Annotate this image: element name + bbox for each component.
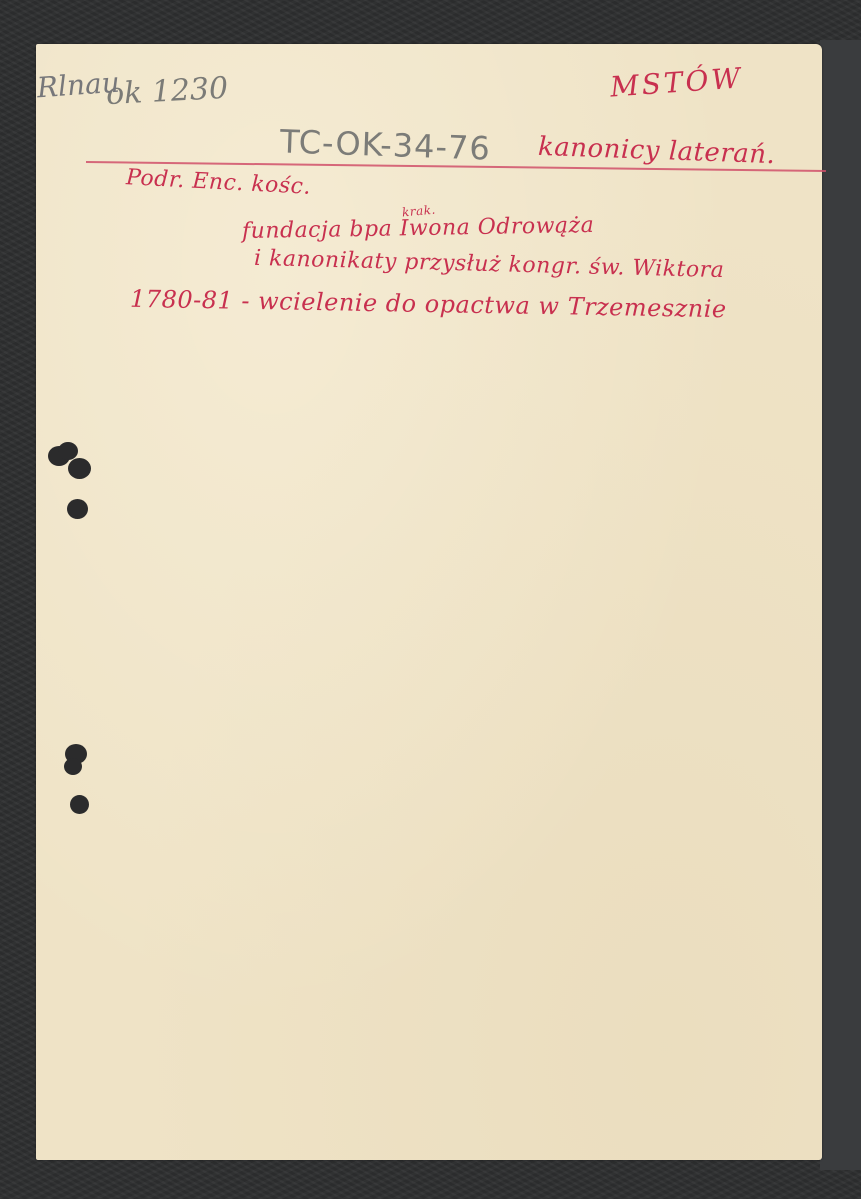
place-name: MSTÓW: [609, 61, 744, 103]
catalog-code: TC-OK-34-76: [279, 122, 491, 167]
punch-hole-icon: [64, 758, 82, 775]
note-line-canons: i kanonikaty przysłuż kongr. św. Wiktora: [254, 246, 725, 283]
punch-hole-icon: [70, 795, 89, 814]
punch-hole-icon: [68, 458, 91, 479]
category-label: kanonicy laterań.: [538, 132, 776, 170]
catalog-card: ok 1230 MSTÓW TC-OK-34-76 kanonicy later…: [36, 44, 822, 1160]
note-line-foundation: fundacja bpa Iwona Odrowąża: [242, 213, 595, 244]
punch-hole-icon: [67, 499, 88, 519]
note-line-incorporation: 1780-81 - wcielenie do opactwa w Trzemes…: [130, 285, 727, 323]
scanner-background-strip: [820, 40, 861, 1170]
source-reference: Podr. Enc. kośc.: [125, 165, 311, 200]
punch-hole-icon: [58, 442, 78, 460]
